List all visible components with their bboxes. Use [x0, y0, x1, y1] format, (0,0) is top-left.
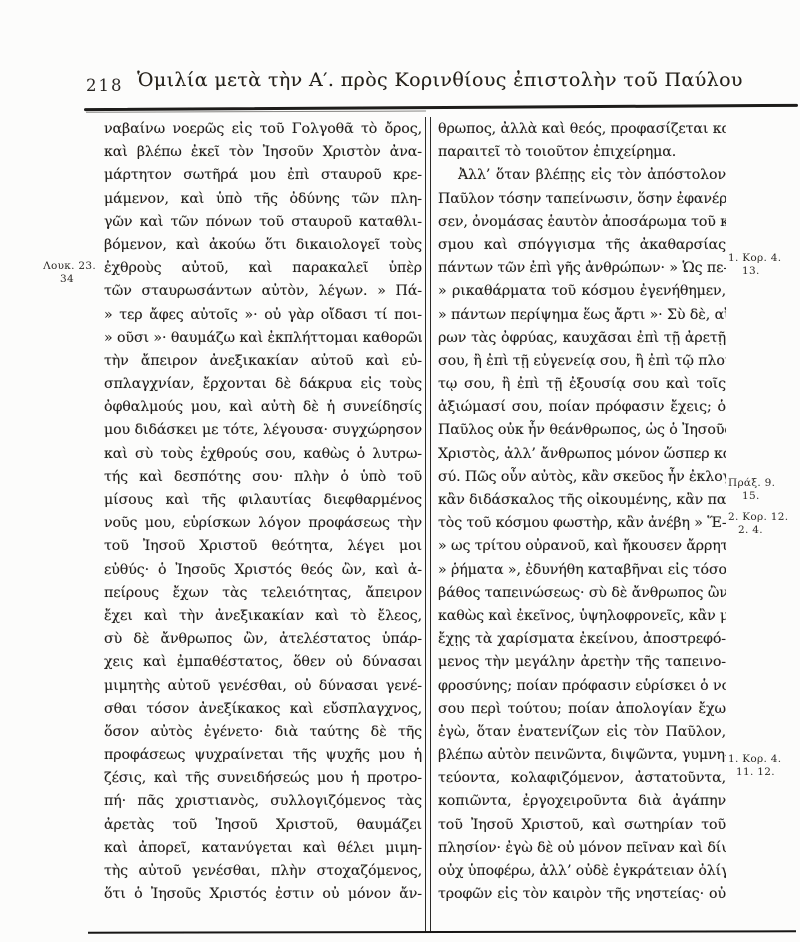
margin-note-ref: 2. Κορ. 12.: [728, 511, 788, 523]
text-line: » ῥήματα », ἐδυνήθη καταβῆναι εἰς τόσον: [438, 559, 726, 582]
text-line: χεις καὶ ἐμπαθέστατος, ὅθεν οὐ δύνασαι: [104, 651, 422, 674]
text-line: καὶ βλέπω ἐκεῖ τὸν Ἰησοῦν Χριστὸν ἀνα-: [104, 141, 422, 164]
text-line: Παῦλον τόσην ταπείνωσιν, ὅσην ἐφανέρω-: [438, 188, 726, 211]
text-line: βάθος ταπεινώσεως· σὺ δὲ ἄνθρωπος ὢν,: [438, 582, 726, 605]
text-line: γῶν καὶ τῶν πόνων τοῦ σταυροῦ καταθλι-: [104, 211, 422, 234]
text-line: ρων τὰς ὀφρύας, καυχᾶσαι ἐπὶ τῇ ἀρετῇ: [438, 327, 726, 350]
text-line: τροφῶν εἰς τὸν καιρὸν τῆς νηστείας· οὐ: [438, 883, 726, 906]
text-line: πείρους ἔχων τὰς τελειότητας, ἄπειρον: [104, 582, 422, 605]
margin-note-1cor-4-11: 1. Κορ. 4. 11. 12.: [728, 753, 798, 779]
text-line: μάρτητον σωτῆρά μου ἐπὶ σταυροῦ κρε-: [104, 164, 422, 187]
text-line: ἐγὼ, ὅταν ἐνατενίζων εἰς τὸν Παῦλον,: [438, 721, 726, 744]
scan-artifact: [112, 27, 118, 39]
margin-note-ref: 1. Κορ. 4.: [728, 252, 781, 264]
text-line: τεύοντα, κολαφιζόμενον, ἀστατοῦντα,: [438, 767, 726, 790]
text-line: καὶ σὺ τοὺς ἐχθρούς σου, καθὼς ὁ λυτρω-: [104, 443, 422, 466]
text-line: Παῦλος οὐκ ἦν θεάνθρωπος, ὡς ὁ Ἰησοῦς: [438, 419, 726, 442]
text-line: τὸς τοῦ κόσμου φωστὴρ, κἂν ἀνέβη » Ἕ-: [438, 512, 726, 535]
text-line: σεν, ὀνομάσας ἑαυτὸν ἀποσάρωμα τοῦ κό-: [438, 211, 726, 234]
text-line: μίσους καὶ τῆς φιλαυτίας διεφθαρμένος: [104, 489, 422, 512]
text-line: ἀρετὰς τοῦ Ἰησοῦ Χριστοῦ, θαυμάζει: [104, 814, 422, 837]
text-line: ἐχθροὺς αὐτοῦ, καὶ παρακαλεῖ ὑπὲρ: [104, 257, 422, 280]
text-line: ναβαίνω νοερῶς εἰς τοῦ Γολγοθᾶ τὸ ὄρος,: [104, 118, 422, 141]
text-line: » πάντων περίψημα ἕως ἄρτι »· Σὺ δὲ, αἴ-: [438, 304, 726, 327]
margin-note-ref: Πράξ. 9.: [728, 477, 775, 489]
text-line: βλέπω αὐτὸν πεινῶντα, διψῶντα, γυμνη-: [438, 744, 726, 767]
text-line: σὺ δὲ ἄνθρωπος ὢν, ἀτελέστατος ὑπάρ-: [104, 628, 422, 651]
margin-note-2cor-12: 2. Κορ. 12. 2. 4.: [728, 511, 798, 537]
text-line: τὴς αὐτοῦ γενέσθαι, πλὴν στοχαζόμενος,: [104, 860, 422, 883]
margin-note-verse: 15.: [728, 490, 798, 503]
text-line: τὴν ἄπειρον ἀνεξικακίαν αὐτοῦ καὶ εὐ-: [104, 350, 422, 373]
margin-note-verse: 13.: [728, 265, 798, 278]
text-line: σπλαγχνίαν, ἔρχονται δὲ δάκρυα εἰς τοὺς: [104, 373, 422, 396]
text-line: πλησίον· ἐγὼ δὲ οὐ μόνον πεῖναν καὶ δίψα…: [438, 837, 726, 860]
text-column-left: ναβαίνω νοερῶς εἰς τοῦ Γολγοθᾶ τὸ ὄρος,κ…: [104, 118, 422, 906]
text-line: καθὼς καὶ ἐκεῖνος, ὑψηλοφρονεῖς, κἂν μὴ: [438, 605, 726, 628]
text-line: ὅτι ὁ Ἰησοῦς Χριστός ἐστιν οὐ μόνον ἄν-: [104, 883, 422, 906]
text-line: κοπιῶντα, ἐργοχειροῦντα διὰ ἀγάπην: [438, 790, 726, 813]
text-line: κἂν διδάσκαλος τῆς οἰκουμένης, κἂν παν-: [438, 489, 726, 512]
text-line: ἔχει καὶ τὴν ἀνεξικακίαν καὶ τὸ ἔλεος,: [104, 605, 422, 628]
text-line: καὶ ἀπορεῖ, κατανύγεται καὶ θέλει μιμη-: [104, 837, 422, 860]
text-line: » ρικαθάρματα τοῦ κόσμου ἐγενήθημεν,: [438, 280, 726, 303]
text-line: εὐθύς· ὁ Ἰησοῦς Χριστός θεός ὢν, καὶ ἀ-: [104, 559, 422, 582]
text-line: μενος τὴν μεγάλην ἀρετὴν τῆς ταπεινο-: [438, 651, 726, 674]
text-line: » ως τρίτου οὐρανοῦ, καὶ ἤκουσεν ἄρρητα: [438, 535, 726, 558]
text-line: ὀφθαλμούς μου, καὶ αὐτὴ δὲ ἡ συνείδησίς: [104, 396, 422, 419]
text-line: μου διδάσκει με τότε, λέγουσα· συγχώρησο…: [104, 419, 422, 442]
margin-note-verse: 34: [26, 273, 96, 286]
text-line: βόμενον, καὶ ἀκούω ὅτι δικαιολογεῖ τοὺς: [104, 234, 422, 257]
text-line: Χριστὸς, ἀλλ’ ἄνθρωπος μόνον ὥσπερ καὶ: [438, 443, 726, 466]
text-line: τοῦ Ἰησοῦ Χριστοῦ θεότητα, λέγει μοι: [104, 535, 422, 558]
column-divider-rule: [425, 117, 431, 933]
margin-note-verse: 2. 4.: [728, 524, 798, 537]
text-line: σθαι τόσον ἀνεξίκακος καὶ εὔσπλαγχνος,: [104, 698, 422, 721]
text-column-right: θρωπος, ἀλλὰ καὶ θεός, προφασίζεται καὶπ…: [438, 118, 726, 906]
text-line: ἔχῃς τὰ χαρίσματα ἐκείνου, ἀποστρεφό-: [438, 628, 726, 651]
text-line: τής καὶ δεσπότης σου· πλὴν ὁ ὑπὸ τοῦ: [104, 466, 422, 489]
bottom-rule: [88, 930, 796, 934]
text-line: » τερ ἄφες αὐτοῖς »· οὐ γὰρ οἴδασι τί πο…: [104, 304, 422, 327]
text-line: ἀξιώμασί σου, ποίαν πρόφασιν ἔχεις; ὁ: [438, 396, 726, 419]
header-rule: [84, 104, 798, 111]
text-line: νοῦς μου, εὑρίσκων λόγον προφάσεως τὴν: [104, 512, 422, 535]
margin-note-ref: 1. Κορ. 4.: [728, 753, 781, 765]
text-line: φροσύνης; ποίαν πρόφασιν εὑρίσκει ὁ νοῦς: [438, 675, 726, 698]
margin-note-ref: Λουκ. 23.: [43, 260, 96, 272]
text-line: σύ. Πῶς οὖν αὐτὸς, κἂν σκεῦος ἦν ἐκλογῆς…: [438, 466, 726, 489]
text-line: ὅσον αὐτὸς ἐγένετο· διὰ ταύτης δὲ τῆς: [104, 721, 422, 744]
text-line: » οῦσι »· θαυμάζω καὶ ἐκπλήττομαι καθορῶ…: [104, 327, 422, 350]
margin-note-verse: 11. 12.: [728, 766, 798, 779]
text-line: Ἀλλ’ ὅταν βλέπῃς εἰς τὸν ἀπόστολον: [438, 164, 726, 187]
text-line: σου περὶ τούτου; ποίαν ἀπολογίαν ἔχω: [438, 698, 726, 721]
text-line: θρωπος, ἀλλὰ καὶ θεός, προφασίζεται καὶ: [438, 118, 726, 141]
text-line: τῳ σου, ἢ ἐπὶ τῇ ἐξουσίᾳ σου καὶ τοῖς: [438, 373, 726, 396]
text-line: μάμενον, καὶ ὑπὸ τῆς ὀδύνης τῶν πλη-: [104, 188, 422, 211]
text-line: πάντων τῶν ἐπὶ γῆς ἀνθρώπων· » Ὡς πε-: [438, 257, 726, 280]
running-header-title: Ὁμιλία μετὰ τὴν Α′. πρὸς Κορινθίους ἐπισ…: [118, 69, 762, 91]
margin-note-1cor-4-13: 1. Κορ. 4. 13.: [728, 252, 798, 278]
text-line: τῶν σταυρωσάντων αὐτὸν, λέγων. » Πά-: [104, 280, 422, 303]
text-line: ζέσις, καὶ τῆς συνειδήσεώς μου ἡ προτρο-: [104, 767, 422, 790]
text-line: τοῦ Ἰησοῦ Χριστοῦ, καὶ σωτηρίαν τοῦ: [438, 814, 726, 837]
text-line: μιμητὴς αὐτοῦ γενέσθαι, οὐ δύνασαι γενέ-: [104, 675, 422, 698]
scan-artifact: [109, 6, 118, 14]
margin-note-acts-9-15: Πράξ. 9. 15.: [728, 477, 798, 503]
text-line: προφάσεως ψυχραίνεται τῆς ψυχῆς μου ἡ: [104, 744, 422, 767]
text-line: σου, ἢ ἐπὶ τῇ εὐγενείᾳ σου, ἢ ἐπὶ τῷ πλο…: [438, 350, 726, 373]
text-line: οὐχ ὑποφέρω, ἀλλ’ οὐδὲ ἐγκράτειαν ὀλίγων: [438, 860, 726, 883]
text-line: σμου καὶ σπόγγισμα τῆς ἀκαθαρσίας: [438, 234, 726, 257]
text-line: πή· πᾶς χριστιανὸς, συλλογιζόμενος τὰς: [104, 790, 422, 813]
margin-note-luke: Λουκ. 23. 34: [26, 260, 96, 286]
text-line: παραιτεῖ τὸ τοιοῦτον ἐπιχείρημα.: [438, 141, 726, 164]
